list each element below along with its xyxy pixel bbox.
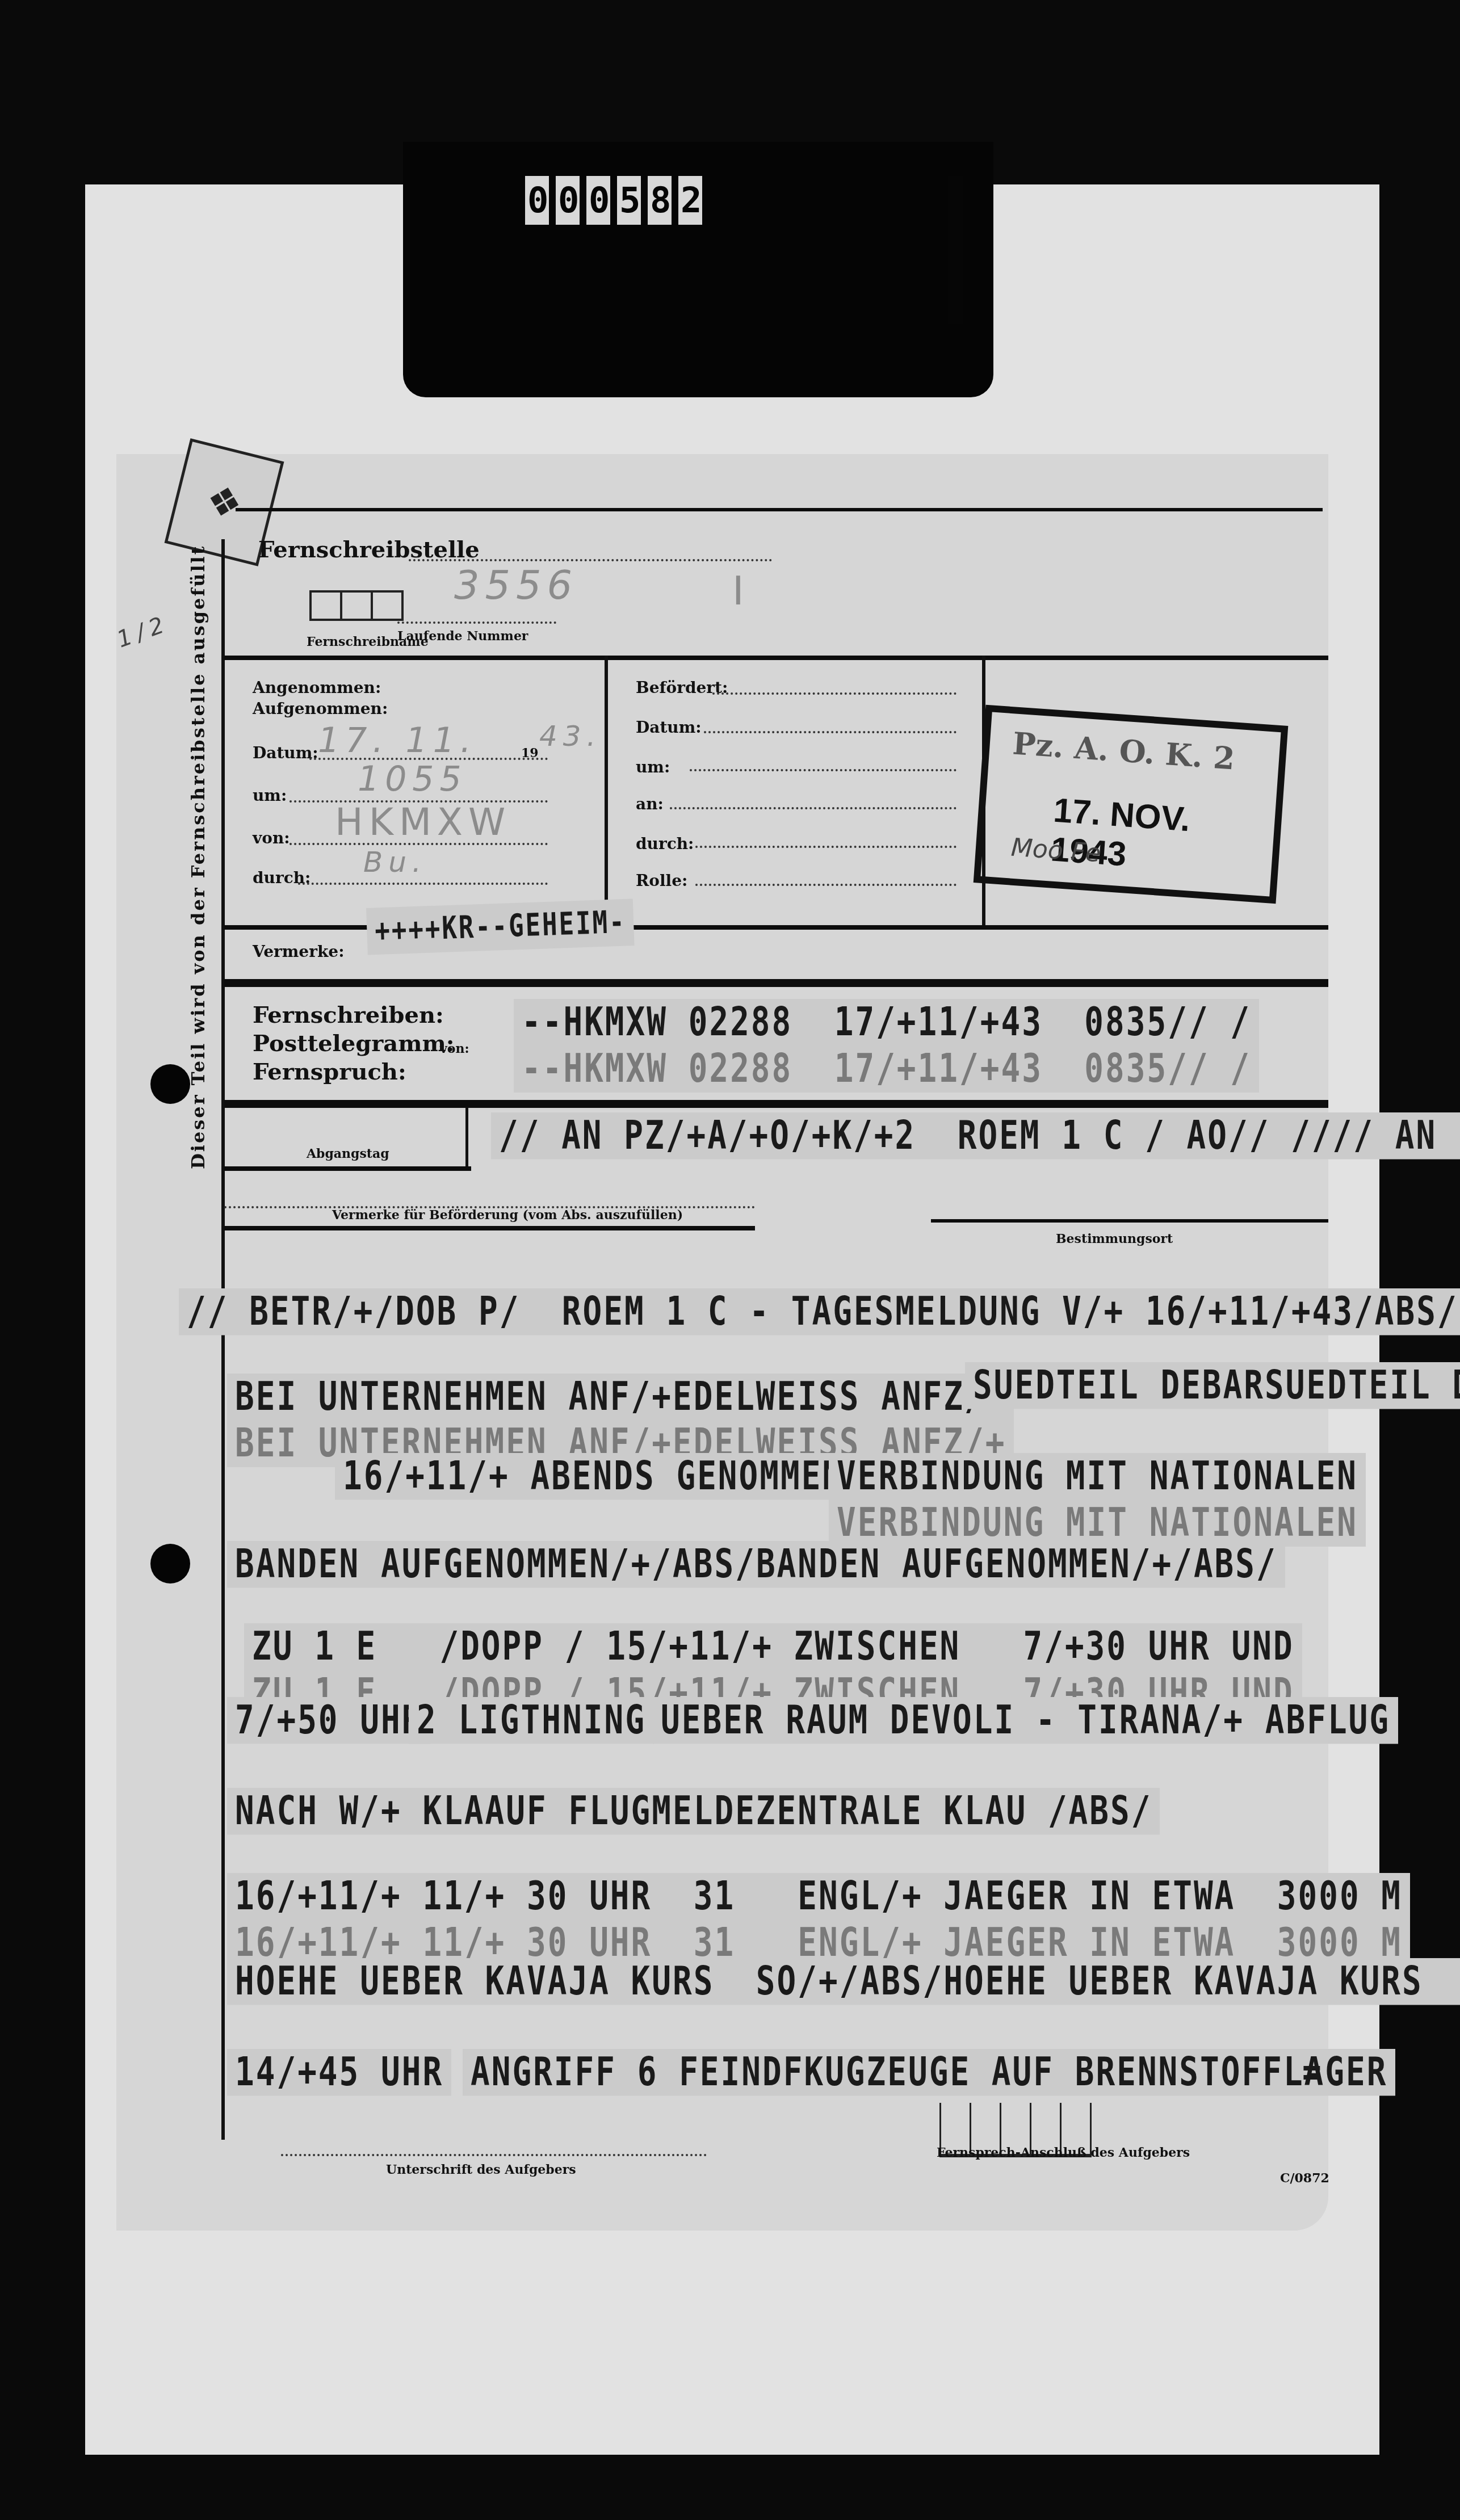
address-tape: // AN PZ/+A/+O/+K/+2 ROEM 1 C / AO// ///… [491,1112,1460,1160]
punch-hole [150,1544,190,1584]
from-value: HKMXW [335,800,511,844]
sender-tape: --HKMXW 02288 17/+11/+43 0835// /--HKMXW… [514,999,1259,1093]
rule [224,656,1328,660]
rule [224,1100,1328,1108]
fwd-time-field[interactable] [690,769,956,771]
serial-label: Laufende Nummer [397,629,528,644]
rule [224,1226,755,1230]
year-value: 43. [539,720,602,753]
fwd-to-field[interactable] [670,807,956,809]
fwd-date-label: Datum: [636,718,702,737]
sender-tape-text: --HKMXW 02288 17/+11/+43 0835// / [522,999,1251,1045]
signature-label: Unterschrift des Aufgebers [386,2162,576,2177]
signature-field[interactable] [281,2154,707,2156]
rule [224,979,1328,987]
serial-field [397,621,556,624]
counter-digit: 0 [525,176,549,225]
column-rule [465,1107,468,1166]
year-prefix: 19 [521,746,539,761]
message-line: 16/+11/+ ABENDS GENOMMEN/+ [335,1453,893,1500]
side-instruction-text: Dieser Teil wird von der Fernschreibstel… [187,522,210,1192]
counter-digit: 0 [556,176,580,225]
telex-label: Fernschreiben: [253,1002,444,1028]
fwd-roll-label: Rolle: [636,871,687,890]
message-line: 16/+11/+ 11/+ 30 UHR 31 ENGL/+ JAEGER IN… [227,1873,1410,1967]
rule [236,508,1323,511]
remarks-value: ++++KR--GEHEIM- [374,904,626,949]
stamp-date: 17. NOV. 1943 [1050,791,1276,884]
fwd-by-label: durch: [636,834,694,853]
forwarded-field[interactable] [712,692,956,695]
date-value: 17. 11. [318,721,477,761]
receipt-stamp: Pz. A. O. K. 2 17. NOV. 1943 Moo Fe [974,705,1289,904]
stamp-unit: Pz. A. O. K. 2 [1012,725,1236,776]
punch-hole [150,1064,190,1104]
post-telegram-label: Posttelegramm: [253,1030,455,1057]
serial-handwritten: 3556 [454,562,578,608]
name-boxes [309,590,404,621]
fwd-roll-field[interactable] [695,884,956,886]
destination-label: Bestimmungsort [1056,1232,1173,1246]
fwd-by-field[interactable] [695,846,956,848]
telephone-label: Fernspruch: [253,1059,406,1085]
roman-mark: I [732,568,750,614]
from-label: von: [253,829,290,847]
recorded-label: Aufgenommen: [253,699,388,718]
von-label: von: [440,1041,469,1056]
address-tape-text: // AN PZ/+A/+O/+K/+2 ROEM 1 C / AO// // [499,1112,1333,1158]
counter-digit: 0 [586,176,610,225]
column-rule [605,656,608,925]
time-label: um: [253,786,287,805]
form-code: C/0872 [1280,2171,1329,2186]
message-line: NACH W/+ KLAAUF FLUGMELDEZENTRALE KLAU /… [227,1788,1160,1835]
message-line: 14/+45 UHR [227,2049,451,2096]
message-line: SUEDTEIL DEBARSUEDTEIL DEBAR [965,1362,1460,1409]
dispatch-remarks-label: Vermerke für Beförderung (vom Abs. auszu… [332,1208,683,1223]
remarks-tape: ++++KR--GEHEIM- [366,899,635,955]
fwd-date-field[interactable] [704,731,956,733]
rule [224,1166,471,1171]
end-mark: = [1294,2049,1331,2096]
date-label: Datum: [253,744,318,762]
remarks-label: Vermerke: [253,942,344,961]
rule [931,1219,1328,1223]
counter-digit: 8 [648,176,672,225]
counter-digit: 2 [678,176,702,225]
message-line: BANDEN AUFGENOMMEN/+/ABS/BANDEN AUFGENOM… [227,1541,1285,1588]
station-field [409,559,772,561]
dispatch-day-label: Abgangstag [307,1146,389,1161]
frame-counter: 0 0 0 5 8 2 [403,142,993,397]
fwd-to-label: an: [636,795,664,813]
stamp-initials: Moo Fe [1010,833,1101,868]
message-line: VERBINDUNG MIT NATIONALENVERBINDUNG MIT … [829,1453,1366,1547]
message-line: HOEHE UEBER KAVAJA KURS SO/+/ABS/HOEHE U… [227,1958,1460,2005]
phone-label: Fernsprech-Anschluß des Aufgebers [937,2145,1190,2160]
message-line: 2 LIGTHNING [409,1697,654,1744]
counter-knob [948,176,963,324]
by-field[interactable] [298,883,548,885]
message-line: ANGRIFF 6 FEINDFKUGZEUGE AUF BRENNSTOFFL… [463,2049,1395,2096]
counter-digits: 0 0 0 5 8 2 [525,176,702,225]
time-value: 1055 [358,759,467,799]
message-line: UEBER RAUM DEVOLI - TIRANA/+ ABFLUG [653,1697,1398,1744]
accepted-label: Angenommen: [253,678,381,697]
margin-rule [221,539,225,2140]
message-line: 7/+50 UHR [227,1697,430,1744]
by-value: Bu. [363,846,427,879]
fwd-time-label: um: [636,758,670,776]
message-line: // BETR/+/DOB P/ ROEM 1 C - TAGESMELDUNG… [179,1288,1460,1335]
counter-digit: 5 [617,176,641,225]
